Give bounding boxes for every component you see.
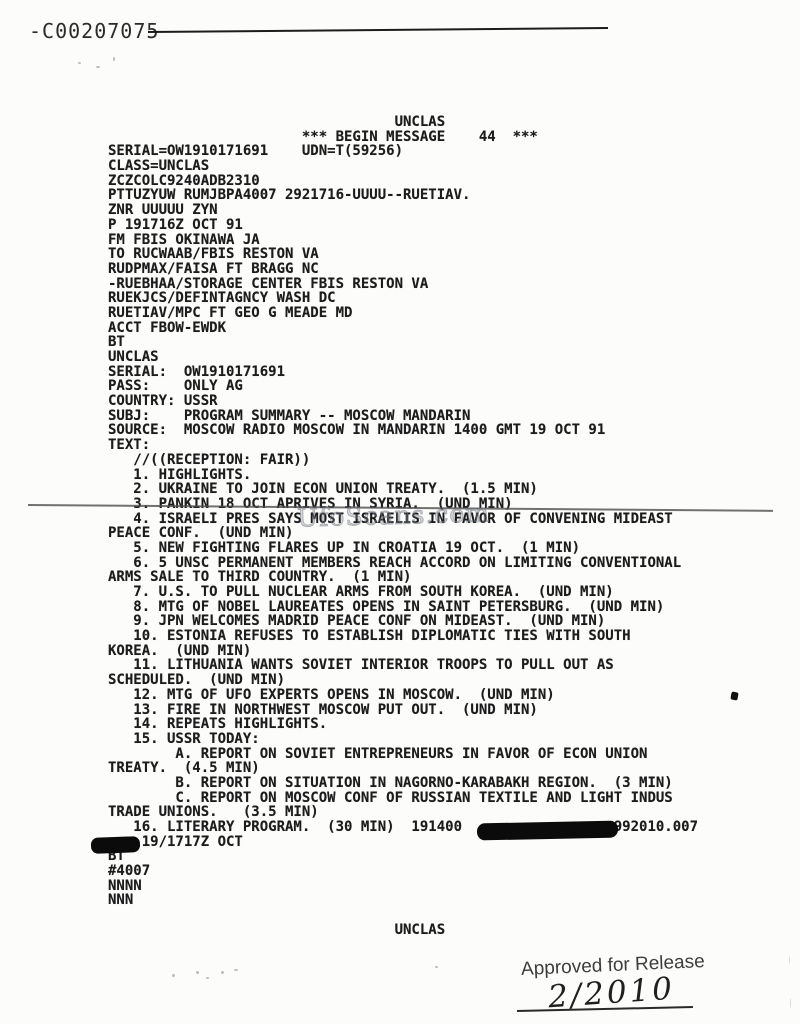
message-line: 9. JPN WELCOMES MADRID PEACE CONF ON MID… bbox=[108, 614, 798, 629]
message-line: BT bbox=[108, 335, 798, 350]
message-line: PEACE CONF. (UND MIN) bbox=[108, 526, 798, 541]
scan-speck bbox=[196, 971, 199, 974]
scan-speck bbox=[113, 57, 115, 61]
margin-asterisk bbox=[730, 691, 738, 700]
message-line: TREATY. (4.5 MIN) bbox=[108, 761, 798, 776]
message-line: RUETIAV/MPC FT GEO G MEADE MD bbox=[108, 306, 798, 321]
scan-speck bbox=[435, 966, 438, 968]
message-line: TO RUCWAAB/FBIS RESTON VA bbox=[108, 247, 798, 262]
message-line: //((RECEPTION: FAIR)) bbox=[108, 453, 798, 468]
message-line: ACCT FBOW-EWDK bbox=[108, 321, 798, 336]
message-line: ZNR UUUUU ZYN bbox=[108, 203, 798, 218]
redaction-mark-1 bbox=[477, 821, 618, 841]
message-line: PTTUZYUW RUMJBPA4007 2921716-UUUU--RUETI… bbox=[108, 188, 798, 203]
message-line: B. REPORT ON SITUATION IN NAGORNO-KARABA… bbox=[108, 776, 798, 791]
message-line: #4007 bbox=[108, 864, 798, 879]
scanned-document-page: -C00207075 UNCLAS *** BEGIN MESSAGE 44 *… bbox=[0, 0, 800, 1024]
message-line: NNNN bbox=[108, 879, 798, 894]
message-line: NNN bbox=[108, 893, 798, 908]
redaction-mark-2 bbox=[91, 836, 141, 854]
message-line: SERIAL=OW1910171691 UDN=T(59256) bbox=[108, 144, 798, 159]
message-line: 10. ESTONIA REFUSES TO ESTABLISH DIPLOMA… bbox=[108, 629, 798, 644]
message-line: CLASS=UNCLAS bbox=[108, 159, 798, 174]
scan-speck bbox=[234, 969, 238, 971]
message-line: 19/1717Z OCT bbox=[108, 835, 798, 850]
scan-speck bbox=[206, 977, 209, 979]
message-line: 2. UKRAINE TO JOIN ECON UNION TREATY. (1… bbox=[108, 482, 798, 497]
message-line: 16. LITERARY PROGRAM. (30 MIN) 191400 99… bbox=[108, 820, 798, 835]
message-line: *** BEGIN MESSAGE 44 *** bbox=[108, 130, 798, 145]
message-line: SCHEDULED. (UND MIN) bbox=[108, 673, 798, 688]
message-line: FM FBIS OKINAWA JA bbox=[108, 233, 798, 248]
message-line: UNCLAS bbox=[108, 350, 798, 365]
message-line: COUNTRY: USSR bbox=[108, 394, 798, 409]
message-line: 5. NEW FIGHTING FLARES UP IN CROATIA 19 … bbox=[108, 541, 798, 556]
watermark: UfoScans.com bbox=[297, 499, 491, 532]
message-line: 15. USSR TODAY: bbox=[108, 732, 798, 747]
message-line bbox=[108, 908, 798, 923]
message-line: 12. MTG OF UFO EXPERTS OPENS IN MOSCOW. … bbox=[108, 688, 798, 703]
scan-speck bbox=[221, 971, 224, 974]
scan-speck bbox=[172, 974, 175, 977]
message-line: 6. 5 UNSC PERMANENT MEMBERS REACH ACCORD… bbox=[108, 556, 798, 571]
message-line: KOREA. (UND MIN) bbox=[108, 644, 798, 659]
message-line: PASS: ONLY AG bbox=[108, 379, 798, 394]
message-line: 13. FIRE IN NORTHWEST MOSCOW PUT OUT. (U… bbox=[108, 703, 798, 718]
message-line: A. REPORT ON SOVIET ENTREPRENEURS IN FAV… bbox=[108, 747, 798, 762]
header-rule bbox=[148, 27, 608, 33]
message-line: TRADE UNIONS. (3.5 MIN) bbox=[108, 805, 798, 820]
message-line: 7. U.S. TO PULL NUCLEAR ARMS FROM SOUTH … bbox=[108, 585, 798, 600]
message-line: SUBJ: PROGRAM SUMMARY -- MOSCOW MANDARIN bbox=[108, 409, 798, 424]
message-line: P 191716Z OCT 91 bbox=[108, 218, 798, 233]
message-line: 14. REPEATS HIGHLIGHTS. bbox=[108, 717, 798, 732]
message-line: SOURCE: MOSCOW RADIO MOSCOW IN MANDARIN … bbox=[108, 423, 798, 438]
message-line: 1. HIGHLIGHTS. bbox=[108, 468, 798, 483]
document-number: -C00207075 bbox=[29, 20, 159, 42]
message-line: ARMS SALE TO THIRD COUNTRY. (1 MIN) bbox=[108, 570, 798, 585]
message-line: UNCLAS bbox=[108, 923, 798, 938]
message-line: 11. LITHUANIA WANTS SOVIET INTERIOR TROO… bbox=[108, 658, 798, 673]
scan-speck bbox=[96, 66, 100, 68]
message-line: RUDPMAX/FAISA FT BRAGG NC bbox=[108, 262, 798, 277]
message-line: UNCLAS bbox=[108, 115, 798, 130]
message-line: C. REPORT ON MOSCOW CONF OF RUSSIAN TEXT… bbox=[108, 791, 798, 806]
message-line: TEXT: bbox=[108, 438, 798, 453]
message-line: 8. MTG OF NOBEL LAUREATES OPENS IN SAINT… bbox=[108, 600, 798, 615]
scan-speck bbox=[789, 956, 790, 964]
scan-speck bbox=[790, 998, 791, 1008]
message-line: SERIAL: OW1910171691 bbox=[108, 365, 798, 380]
message-line: RUEKJCS/DEFINTAGNCY WASH DC bbox=[108, 291, 798, 306]
scan-speck bbox=[78, 62, 81, 64]
message-line: BT bbox=[108, 849, 798, 864]
message-line: ZCZCOLC9240ADB2310 bbox=[108, 174, 798, 189]
message-line: -RUEBHAA/STORAGE CENTER FBIS RESTON VA bbox=[108, 277, 798, 292]
